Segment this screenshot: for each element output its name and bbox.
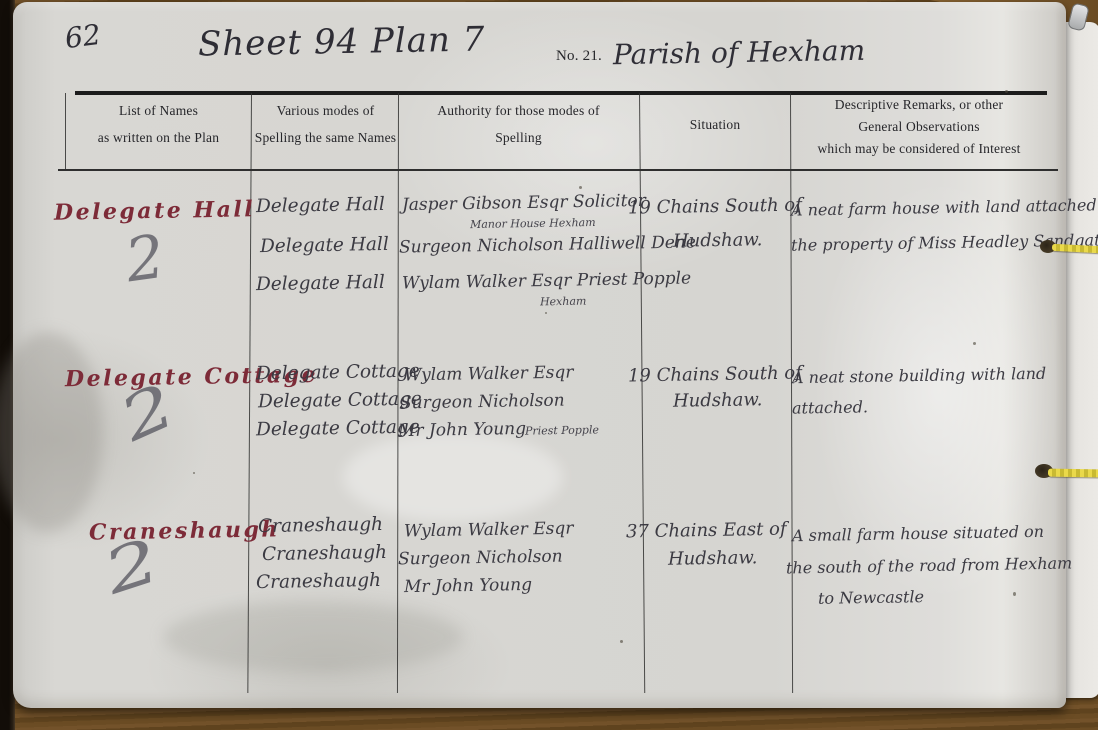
remarks-entry: attached. [792, 397, 868, 417]
spelling-entry: Delegate Hall [260, 234, 389, 257]
authority-entry: Mr John Young [404, 575, 532, 597]
authority-entry: Mr John Young [398, 419, 526, 441]
header-bottom-rule [58, 169, 1058, 171]
authority-entry: Surgeon Nicholson Halliwell Dene [399, 232, 696, 257]
spelling-entry: Delegate Hall [256, 194, 385, 217]
speck [620, 640, 623, 643]
parish-title: Parish of Hexham [613, 34, 866, 71]
table-top-rule [75, 91, 1047, 95]
situation-entry: Hudshaw. [673, 229, 763, 252]
situation-entry: Hudshaw. [673, 389, 763, 412]
stain [343, 432, 563, 522]
sheet-plan-title: Sheet 94 Plan 7 [198, 19, 486, 64]
pencil-tally-mark: 2 [121, 222, 169, 297]
header-spelling-line2: Spelling the same Names [252, 130, 399, 146]
header-spelling-line1: Various modes of [252, 103, 399, 119]
folio-number: 62 [63, 18, 102, 55]
header-names-line1: List of Names [66, 103, 251, 119]
ledger-page: 62 Sheet 94 Plan 7 No. 21. Parish of Hex… [13, 2, 1066, 708]
authority-entry-sub: Manor House Hexham [470, 216, 596, 231]
column-rule-3 [639, 93, 646, 693]
record-book-photo: 62 Sheet 94 Plan 7 No. 21. Parish of Hex… [0, 0, 1098, 730]
stain [163, 602, 463, 672]
header-remarks-line2: General Observations [790, 119, 1048, 135]
speck [545, 312, 547, 314]
authority-entry: Surgeon Nicholson [398, 547, 563, 570]
speck [1013, 592, 1016, 596]
binding-thread [1048, 469, 1098, 478]
situation-entry: 37 Chains East of [626, 519, 787, 543]
spelling-entry: Delegate Cottage [258, 389, 422, 413]
column-rule-1 [247, 93, 252, 693]
header-names-line2: as written on the Plan [66, 130, 251, 146]
speck [1005, 90, 1008, 93]
header-remarks-line1: Descriptive Remarks, or other [790, 97, 1048, 113]
header-situation: Situation [640, 117, 790, 133]
authority-entry: Jasper Gibson Esqr Solicitor [402, 191, 646, 215]
authority-entry: Wylam Walker Esqr Priest Popple [402, 268, 691, 293]
authority-entry: Surgeon Nicholson [400, 391, 565, 414]
speck [193, 472, 195, 474]
situation-entry: Hudshaw. [668, 547, 758, 570]
header-authority-line1: Authority for those modes of [399, 103, 638, 119]
remarks-entry: A neat stone building with land [792, 364, 1047, 387]
stain [0, 332, 103, 532]
remarks-entry: to Newcastle [818, 587, 924, 608]
remarks-entry: A small farm house situated on [792, 522, 1044, 545]
situation-entry: 19 Chains South of [628, 194, 802, 218]
column-rule-4 [790, 93, 793, 693]
header-remarks-line3: which may be considered of Interest [790, 141, 1048, 157]
spelling-entry: Delegate Cottage [256, 361, 420, 385]
remarks-entry: A neat farm house with land attached [791, 195, 1097, 219]
spelling-entry: Delegate Cottage [256, 417, 420, 441]
authority-entry-sub: Hexham [540, 295, 587, 309]
spelling-entry: Craneshaugh [256, 570, 381, 593]
authority-entry: Wylam Walker Esqr [404, 363, 574, 386]
authority-entry-sub: Priest Popple [525, 423, 599, 437]
speck [973, 342, 976, 345]
entry-number: No. 21. [556, 48, 602, 65]
spelling-entry: Delegate Hall [256, 272, 385, 295]
spelling-entry: Craneshaugh [258, 514, 383, 537]
speck [579, 186, 582, 189]
situation-entry: 19 Chains South of [628, 362, 802, 386]
spelling-entry: Craneshaugh [262, 542, 387, 565]
remarks-entry: the south of the road from Hexham [786, 554, 1073, 578]
header-authority-line2: Spelling [399, 130, 638, 146]
authority-entry: Wylam Walker Esqr [404, 519, 574, 542]
